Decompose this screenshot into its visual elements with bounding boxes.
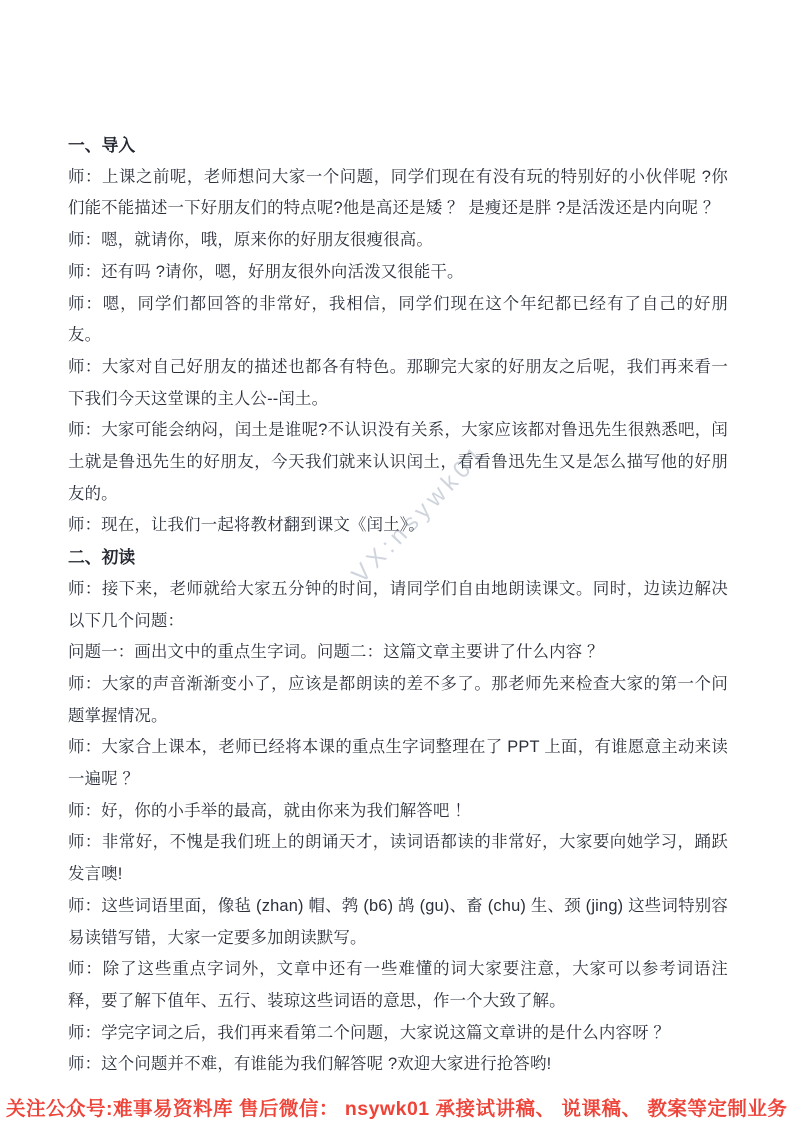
teacher-line: 师：嗯，同学们都回答的非常好，我相信，同学们现在这个年纪都已经有了自己的好朋友。 (68, 289, 728, 352)
teacher-line: 师：非常好，不愧是我们班上的朗诵天才，读词语都读的非常好，大家要向她学习，踊跃发… (68, 827, 728, 890)
teacher-line: 师：好，你的小手举的最高，就由你来为我们解答吧 ！ (68, 796, 728, 828)
teacher-line: 师：除了这些重点字词外，文章中还有一些难懂的词大家要注意，大家可以参考词语注释，… (68, 954, 728, 1017)
teacher-line: 师：大家可能会纳闷，闰土是谁呢?不认识没有关系，大家应该都对鲁迅先生很熟悉吧，闰… (68, 415, 728, 510)
teacher-line: 师：现在，让我们一起将教材翻到课文《闰土》。 (68, 510, 728, 542)
teacher-line: 师：这些词语里面，像毡 (zhan) 帽、鹁 (b6) 鸪 (gu)、畜 (ch… (68, 891, 728, 954)
teacher-line: 师：学完字词之后，我们再来看第二个问题，大家说这篇文章讲的是什么内容呀 ？ (68, 1018, 728, 1050)
teacher-line: 师：上课之前呢，老师想问大家一个问题，同学们现在有没有玩的特别好的小伙伴呢 ?你… (68, 162, 728, 225)
teacher-line: 师：还有吗 ?请你，嗯，好朋友很外向活泼又很能干。 (68, 257, 728, 289)
teacher-line: 师：这个问题并不难，有谁能为我们解答呢 ?欢迎大家进行抢答哟! (68, 1049, 728, 1081)
teacher-line: 师：大家的声音渐渐变小了，应该是都朗读的差不多了。那老师先来检查大家的第一个问题… (68, 669, 728, 732)
section-heading-first-read: 二、初读 (68, 542, 728, 574)
footer-promo-banner: 关注公众号:难事易资料库 售后微信： nsywk01 承接试讲稿、 说课稿、 教… (6, 1093, 787, 1121)
teacher-line: 师：大家合上课本，老师已经将本课的重点生字词整理在了 PPT 上面，有谁愿意主动… (68, 732, 728, 795)
lesson-script-body: 一、导入 师：上课之前呢，老师想问大家一个问题，同学们现在有没有玩的特别好的小伙… (68, 130, 728, 1081)
question-line: 问题一：画出文中的重点生字词。问题二：这篇文章主要讲了什么内容 ？ (68, 637, 728, 669)
teacher-line: 师：接下来，老师就给大家五分钟的时间，请同学们自由地朗读课文。同时，边读边解决以… (68, 574, 728, 637)
teacher-line: 师：大家对自己好朋友的描述也都各有特色。那聊完大家的好朋友之后呢，我们再来看一下… (68, 352, 728, 415)
section-heading-intro: 一、导入 (68, 130, 728, 162)
document-page: VX:nsywk01 一、导入 师：上课之前呢，老师想问大家一个问题，同学们现在… (0, 0, 793, 1122)
teacher-line: 师：嗯，就请你，哦，原来你的好朋友很瘦很高。 (68, 225, 728, 257)
